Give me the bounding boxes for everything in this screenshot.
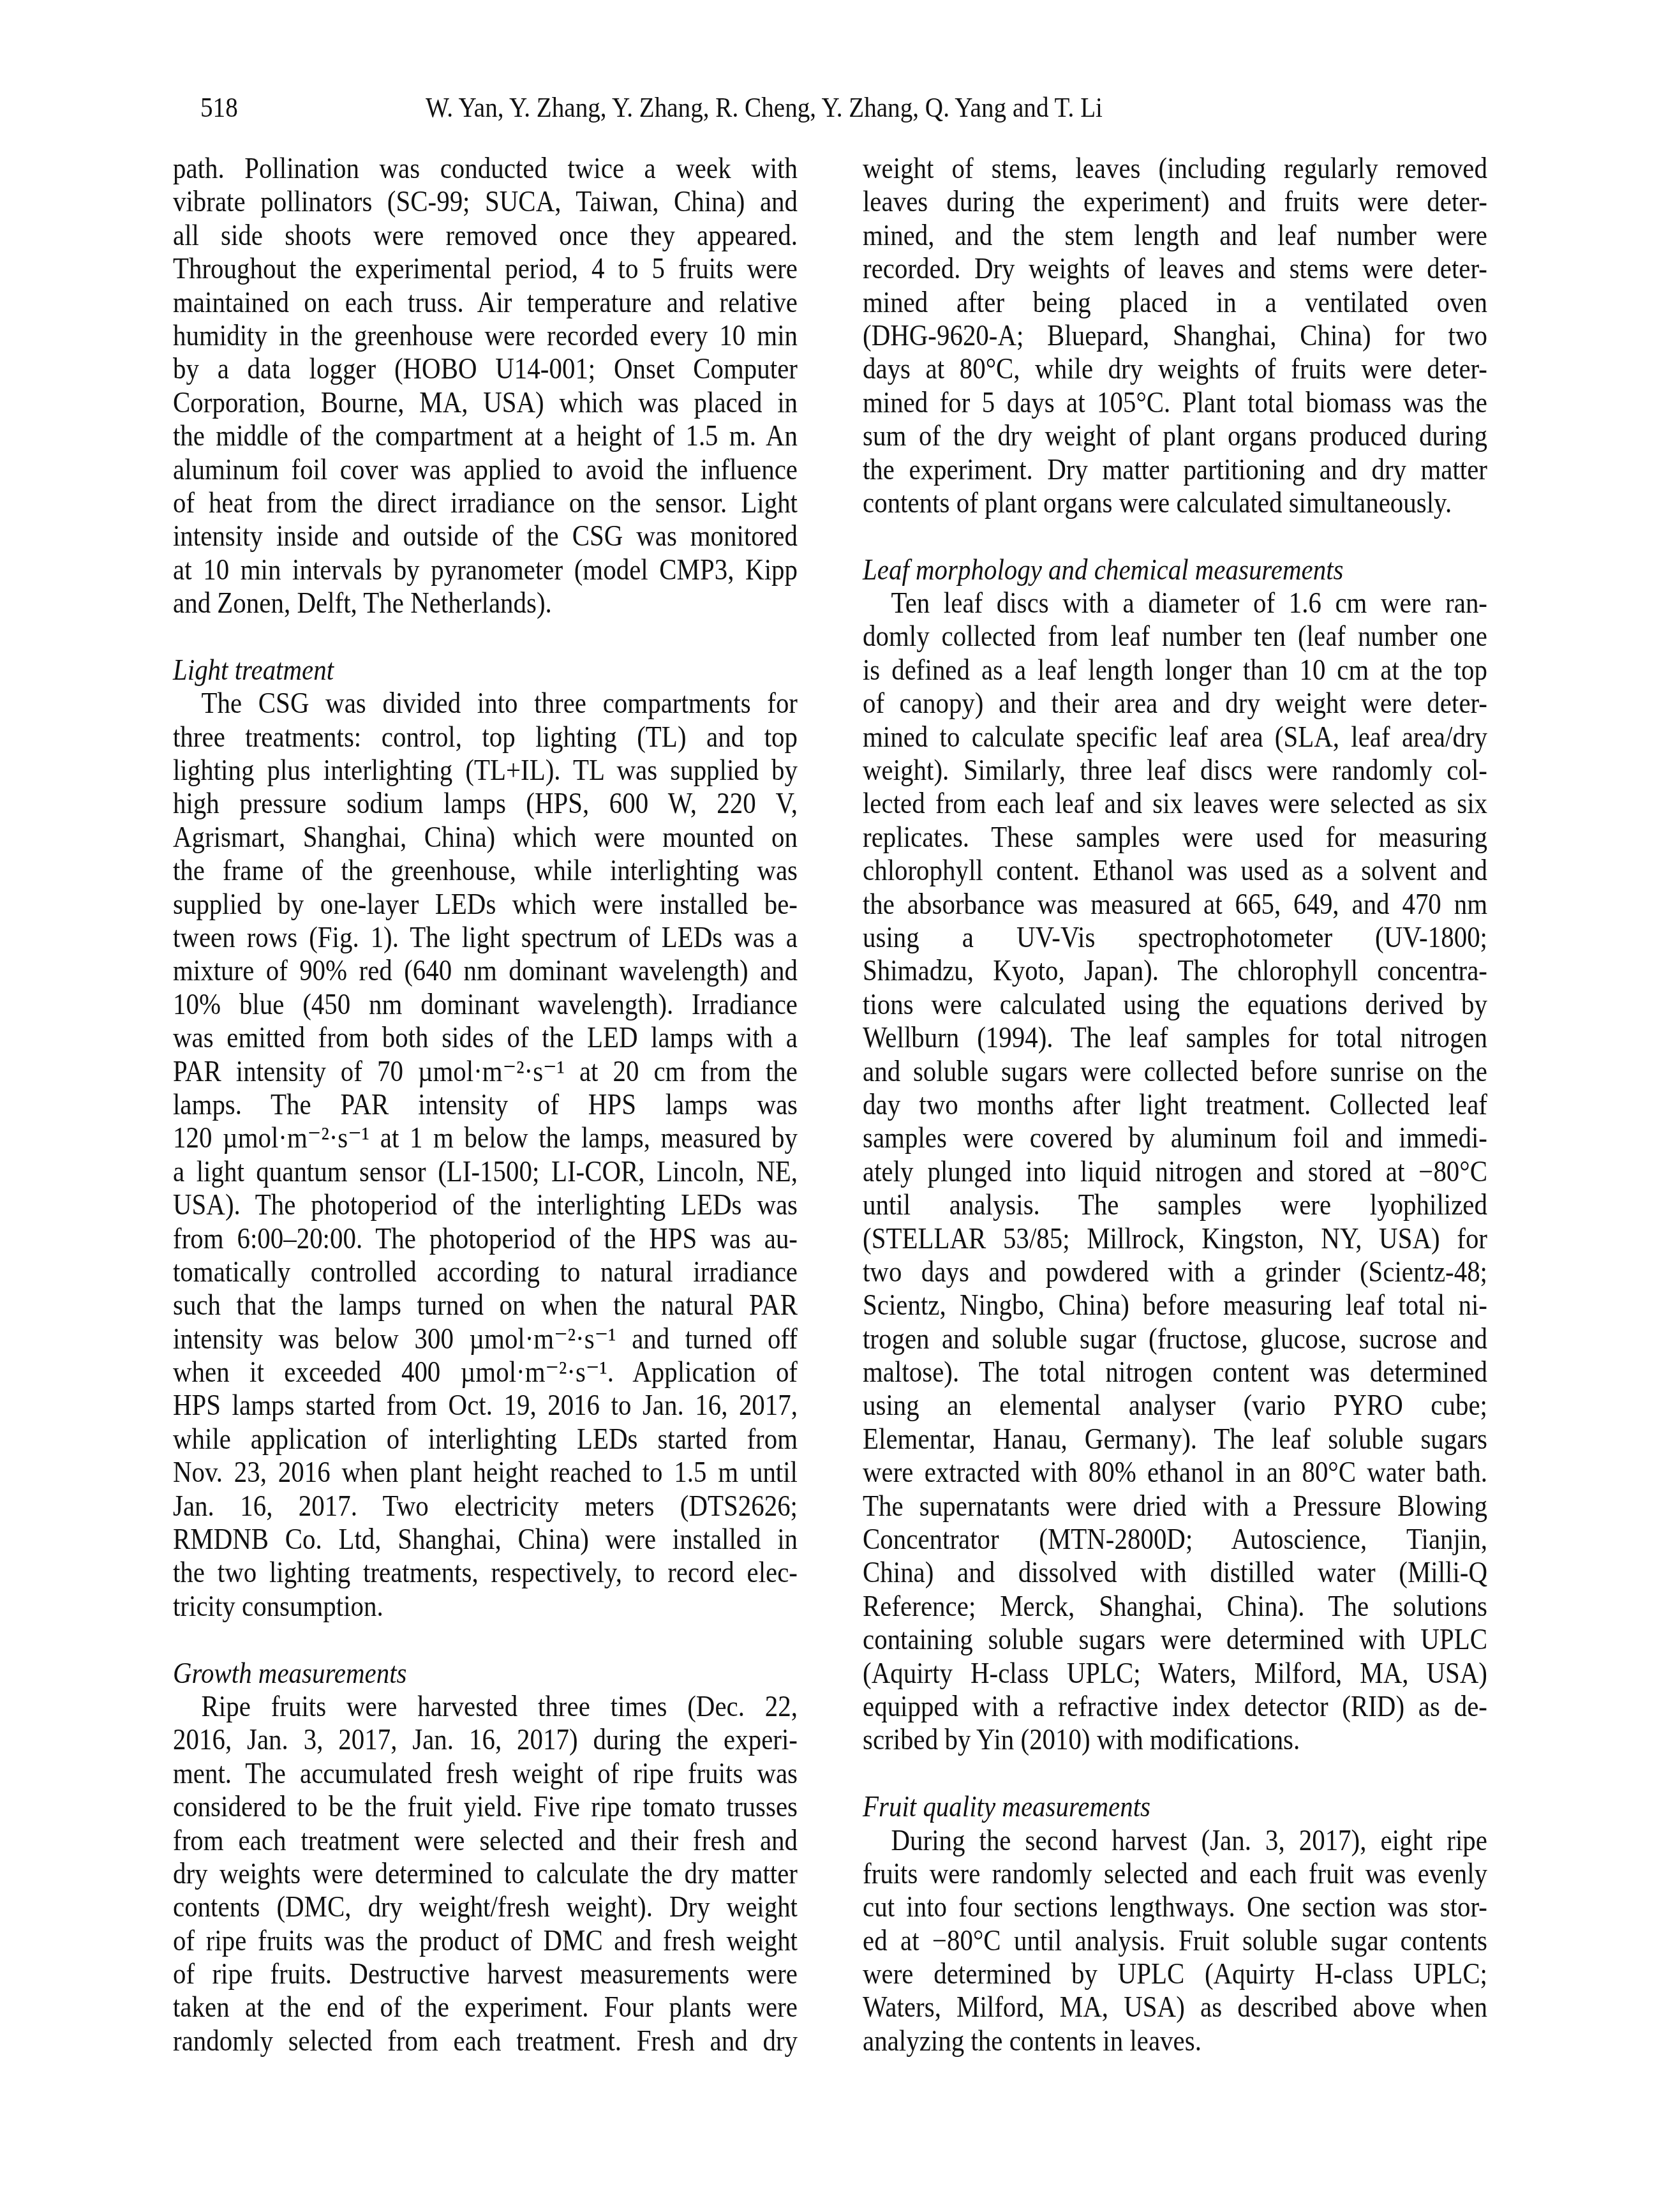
text-line: considered to be the fruit yield. Five r…: [173, 1790, 798, 1823]
text-line: recorded. Dry weights of leaves and stem…: [863, 252, 1487, 285]
text-line: intensity inside and outside of the CSG …: [173, 519, 798, 553]
paragraph: During the second harvest (Jan. 3, 2017)…: [863, 1824, 1487, 2058]
text-line: scribed by Yin (2010) with modifications…: [863, 1723, 1487, 1756]
text-line: China) and dissolved with distilled wate…: [863, 1556, 1487, 1589]
text-line: ately plunged into liquid nitrogen and s…: [863, 1155, 1487, 1188]
text-line: using a UV-Vis spectrophotometer (UV-180…: [863, 921, 1487, 954]
text-line: and soluble sugars were collected before…: [863, 1055, 1487, 1088]
text-line: was emitted from both sides of the LED l…: [173, 1021, 798, 1054]
section-heading: Growth measurements: [173, 1657, 798, 1690]
text-line: dry weights were determined to calculate…: [173, 1857, 798, 1890]
text-line: Concentrator (MTN-2800D; Autoscience, Ti…: [863, 1523, 1487, 1556]
paragraph: weight of stems, leaves (including regul…: [863, 152, 1487, 519]
text-line: taken at the end of the experiment. Four…: [173, 1991, 798, 2024]
text-line: lected from each leaf and six leaves wer…: [863, 787, 1487, 820]
text-line: chlorophyll content. Ethanol was used as…: [863, 854, 1487, 887]
text-line: 2016, Jan. 3, 2017, Jan. 16, 2017) durin…: [173, 1723, 798, 1756]
paragraph: The CSG was divided into three compartme…: [173, 687, 798, 1623]
text-line: HPS lamps started from Oct. 19, 2016 to …: [173, 1389, 798, 1422]
text-line: path. Pollination was conducted twice a …: [173, 152, 798, 185]
text-line: tricity consumption.: [173, 1590, 798, 1623]
text-line: Elementar, Hanau, Germany). The leaf sol…: [863, 1423, 1487, 1456]
text-line: the two lighting treatments, respectivel…: [173, 1556, 798, 1589]
running-head-authors: W. Yan, Y. Zhang, Y. Zhang, R. Cheng, Y.…: [426, 91, 1103, 124]
text-line: equipped with a refractive index detecto…: [863, 1690, 1487, 1723]
text-line: all side shoots were removed once they a…: [173, 219, 798, 252]
text-line: of canopy) and their area and dry weight…: [863, 687, 1487, 720]
text-line: RMDNB Co. Ltd, Shanghai, China) were ins…: [173, 1523, 798, 1556]
paragraph: path. Pollination was conducted twice a …: [173, 152, 798, 620]
blank-line: [863, 519, 1487, 553]
text-line: contents of plant organs were calculated…: [863, 486, 1487, 519]
text-line: Throughout the experimental period, 4 to…: [173, 252, 798, 285]
text-line: containing soluble sugars were determine…: [863, 1623, 1487, 1656]
text-line: from 6:00–20:00. The photoperiod of the …: [173, 1222, 798, 1255]
text-line: tween rows (Fig. 1). The light spectrum …: [173, 921, 798, 954]
text-line: domly collected from leaf number ten (le…: [863, 620, 1487, 653]
text-line: mined after being placed in a ventilated…: [863, 286, 1487, 319]
text-line: tomatically controlled according to natu…: [173, 1255, 798, 1289]
text-line: until analysis. The samples were lyophil…: [863, 1188, 1487, 1222]
text-line: at 10 min intervals by pyranometer (mode…: [173, 553, 798, 587]
text-line: mined to calculate specific leaf area (S…: [863, 721, 1487, 754]
text-line: such that the lamps turned on when the n…: [173, 1289, 798, 1322]
text-line: the absorbance was measured at 665, 649,…: [863, 888, 1487, 921]
text-line: humidity in the greenhouse were recorded…: [173, 319, 798, 352]
text-line: Nov. 23, 2016 when plant height reached …: [173, 1456, 798, 1489]
text-line: two days and powdered with a grinder (Sc…: [863, 1255, 1487, 1289]
text-line: the frame of the greenhouse, while inter…: [173, 854, 798, 887]
text-line: Waters, Milford, MA, USA) as described a…: [863, 1991, 1487, 2024]
text-line: three treatments: control, top lighting …: [173, 721, 798, 754]
text-line: using an elemental analyser (vario PYRO …: [863, 1389, 1487, 1422]
section-heading: Fruit quality measurements: [863, 1790, 1487, 1823]
text-line: the experiment. Dry matter partitioning …: [863, 453, 1487, 486]
text-line: mixture of 90% red (640 nm dominant wave…: [173, 954, 798, 987]
text-line: of ripe fruits. Destructive harvest meas…: [173, 1957, 798, 1991]
text-line: intensity was below 300 µmol·m⁻²·s⁻¹ and…: [173, 1322, 798, 1356]
text-line: when it exceeded 400 µmol·m⁻²·s⁻¹. Appli…: [173, 1356, 798, 1389]
text-line: and Zonen, Delft, The Netherlands).: [173, 587, 798, 620]
blank-line: [173, 620, 798, 653]
text-line: day two months after light treatment. Co…: [863, 1088, 1487, 1121]
text-line: analyzing the contents in leaves.: [863, 2024, 1487, 2058]
text-column-left: path. Pollination was conducted twice a …: [173, 152, 798, 2058]
section-heading: Light treatment: [173, 654, 798, 687]
text-line: supplied by one-layer LEDs which were in…: [173, 888, 798, 921]
text-line: Shimadzu, Kyoto, Japan). The chlorophyll…: [863, 954, 1487, 987]
text-line: weight of stems, leaves (including regul…: [863, 152, 1487, 185]
text-line: replicates. These samples were used for …: [863, 821, 1487, 854]
text-line: aluminum foil cover was applied to avoid…: [173, 453, 798, 486]
text-line: (DHG-9620-A; Bluepard, Shanghai, China) …: [863, 319, 1487, 352]
text-line: Scientz, Ningbo, China) before measuring…: [863, 1289, 1487, 1322]
text-line: lamps. The PAR intensity of HPS lamps wa…: [173, 1088, 798, 1121]
text-line: leaves during the experiment) and fruits…: [863, 185, 1487, 218]
text-line: from each treatment were selected and th…: [173, 1824, 798, 1857]
paragraph: Ten leaf discs with a diameter of 1.6 cm…: [863, 587, 1487, 1757]
text-line: were extracted with 80% ethanol in an 80…: [863, 1456, 1487, 1489]
text-line: ment. The accumulated fresh weight of ri…: [173, 1757, 798, 1790]
text-line: tions were calculated using the equation…: [863, 988, 1487, 1021]
text-line: sum of the dry weight of plant organs pr…: [863, 419, 1487, 452]
text-line: while application of interlighting LEDs …: [173, 1423, 798, 1456]
text-line: contents (DMC, dry weight/fresh weight).…: [173, 1890, 798, 1924]
text-line: The supernatants were dried with a Press…: [863, 1490, 1487, 1523]
text-line: of ripe fruits was the product of DMC an…: [173, 1924, 798, 1957]
text-line: Corporation, Bourne, MA, USA) which was …: [173, 386, 798, 419]
text-line: USA). The photoperiod of the interlighti…: [173, 1188, 798, 1222]
text-line: During the second harvest (Jan. 3, 2017)…: [863, 1824, 1487, 1857]
text-line: The CSG was divided into three compartme…: [173, 687, 798, 720]
text-line: randomly selected from each treatment. F…: [173, 2024, 798, 2058]
text-line: Ten leaf discs with a diameter of 1.6 cm…: [863, 587, 1487, 620]
text-line: weight). Similarly, three leaf discs wer…: [863, 754, 1487, 787]
page-number: 518: [200, 91, 238, 124]
text-line: Wellburn (1994). The leaf samples for to…: [863, 1021, 1487, 1054]
text-line: trogen and soluble sugar (fructose, gluc…: [863, 1322, 1487, 1356]
text-line: maltose). The total nitrogen content was…: [863, 1356, 1487, 1389]
text-line: Jan. 16, 2017. Two electricity meters (D…: [173, 1490, 798, 1523]
text-line: cut into four sections lengthways. One s…: [863, 1890, 1487, 1924]
text-line: Agrismart, Shanghai, China) which were m…: [173, 821, 798, 854]
text-line: were determined by UPLC (Aquirty H-class…: [863, 1957, 1487, 1991]
text-line: mined, and the stem length and leaf numb…: [863, 219, 1487, 252]
text-line: lighting plus interlighting (TL+IL). TL …: [173, 754, 798, 787]
text-line: (Aquirty H-class UPLC; Waters, Milford, …: [863, 1657, 1487, 1690]
text-line: 10% blue (450 nm dominant wavelength). I…: [173, 988, 798, 1021]
text-line: vibrate pollinators (SC-99; SUCA, Taiwan…: [173, 185, 798, 218]
section-heading: Leaf morphology and chemical measurement…: [863, 553, 1487, 587]
text-line: Reference; Merck, Shanghai, China). The …: [863, 1590, 1487, 1623]
text-line: by a data logger (HOBO U14-001; Onset Co…: [173, 352, 798, 385]
text-line: high pressure sodium lamps (HPS, 600 W, …: [173, 787, 798, 820]
text-line: Ripe fruits were harvested three times (…: [173, 1690, 798, 1723]
text-column-right: weight of stems, leaves (including regul…: [863, 152, 1487, 2058]
text-line: of heat from the direct irradiance on th…: [173, 486, 798, 519]
text-line: the middle of the compartment at a heigh…: [173, 419, 798, 452]
text-line: maintained on each truss. Air temperatur…: [173, 286, 798, 319]
blank-line: [173, 1623, 798, 1656]
text-line: samples were covered by aluminum foil an…: [863, 1121, 1487, 1155]
paragraph: Ripe fruits were harvested three times (…: [173, 1690, 798, 2058]
text-line: a light quantum sensor (LI-1500; LI-COR,…: [173, 1155, 798, 1188]
text-line: PAR intensity of 70 µmol·m⁻²·s⁻¹ at 20 c…: [173, 1055, 798, 1088]
text-line: is defined as a leaf length longer than …: [863, 654, 1487, 687]
text-line: 120 µmol·m⁻²·s⁻¹ at 1 m below the lamps,…: [173, 1121, 798, 1155]
text-line: mined for 5 days at 105°C. Plant total b…: [863, 386, 1487, 419]
blank-line: [863, 1757, 1487, 1790]
text-line: fruits were randomly selected and each f…: [863, 1857, 1487, 1890]
text-line: days at 80°C, while dry weights of fruit…: [863, 352, 1487, 385]
text-line: ed at −80°C until analysis. Fruit solubl…: [863, 1924, 1487, 1957]
text-line: (STELLAR 53/85; Millrock, Kingston, NY, …: [863, 1222, 1487, 1255]
